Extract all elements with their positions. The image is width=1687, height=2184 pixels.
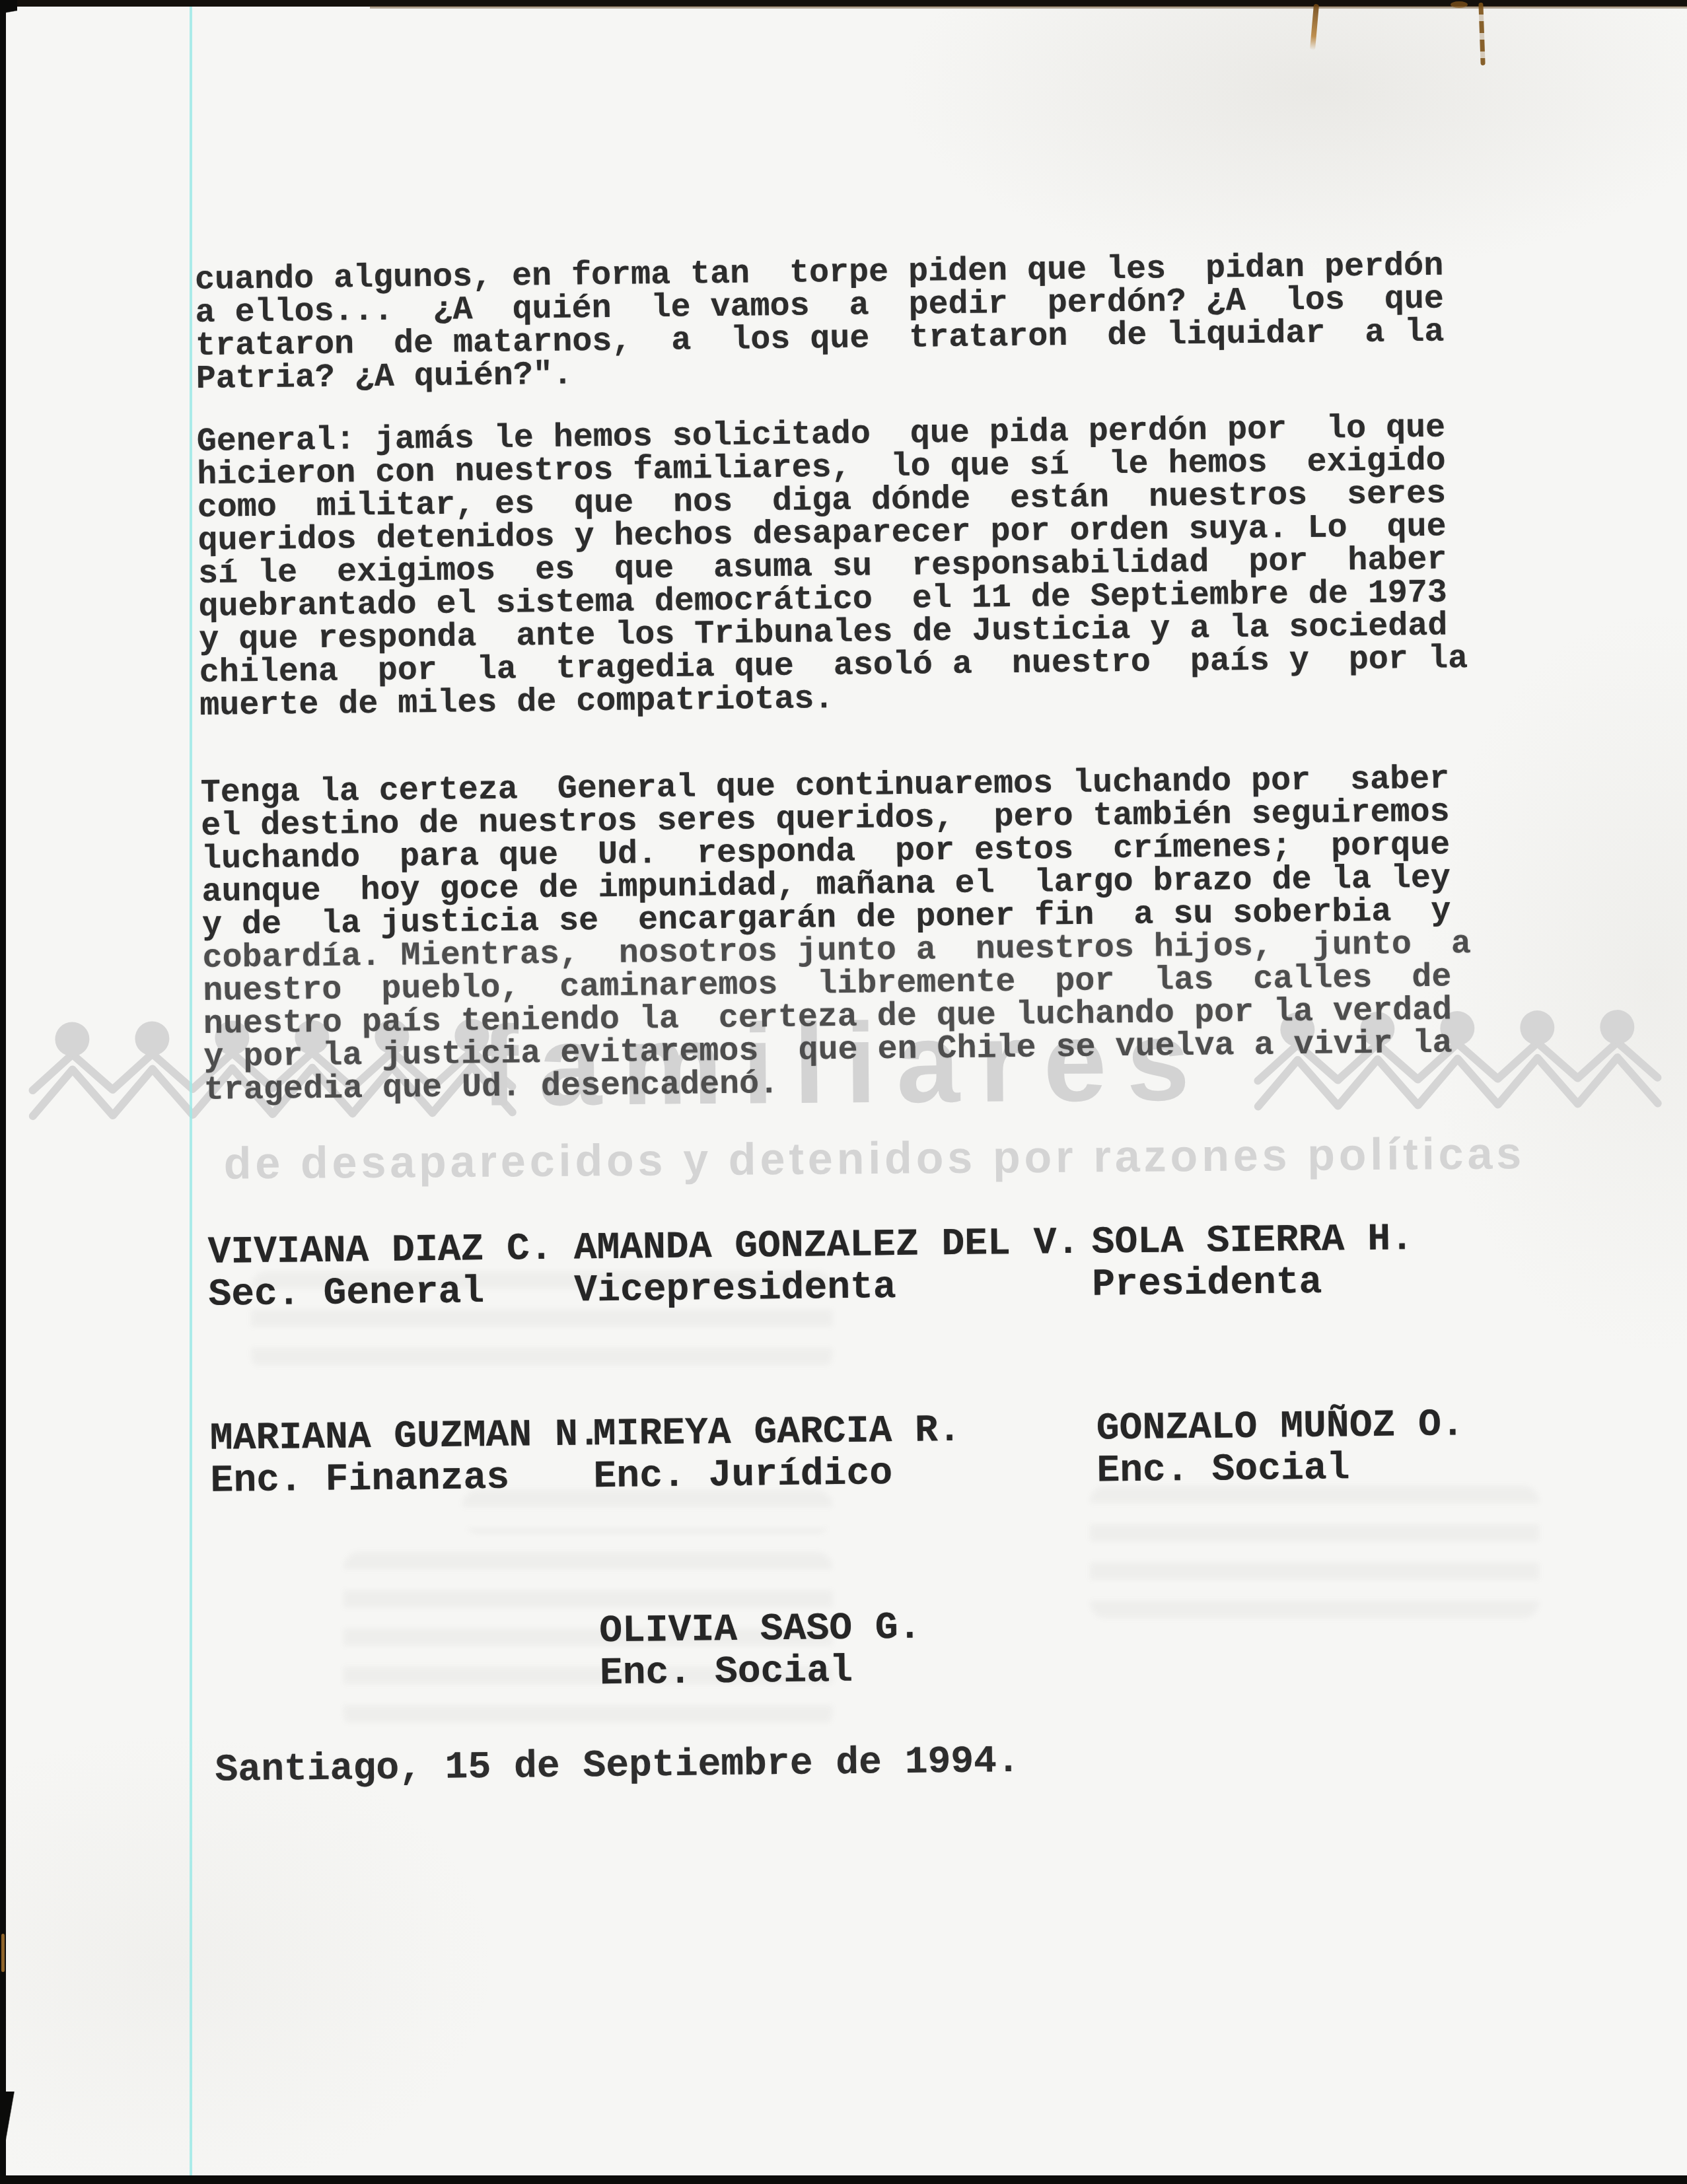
signature-block: GONZALO MUÑOZ O. Enc. Social xyxy=(1096,1404,1465,1493)
signature-name: VIVIANA DIAZ C. xyxy=(207,1228,553,1275)
signature-block: AMANDA GONZALEZ DEL V. Vicepresidenta xyxy=(573,1222,1080,1313)
signature-role: Enc. Social xyxy=(600,1650,922,1696)
signature-name: OLIVIA SASO G. xyxy=(599,1607,921,1654)
signature-block: MARIANA GUZMAN N. Enc. Finanzas xyxy=(210,1414,602,1503)
signature-role: Enc. Jurídico xyxy=(593,1452,962,1498)
paragraph-2: General: jamás le hemos solicitado que p… xyxy=(197,411,1468,723)
signature-name: AMANDA GONZALEZ DEL V. xyxy=(573,1222,1079,1271)
signature-name: MIREYA GARCIA R. xyxy=(593,1410,962,1456)
scan-edge-bottom xyxy=(0,2175,1687,2184)
typed-text-layer: cuando algunos, en forma tan torpe piden… xyxy=(0,0,1687,2184)
scan-edge-left xyxy=(0,0,6,2184)
signature-role: Enc. Social xyxy=(1096,1446,1465,1493)
scan-corner-wedge xyxy=(0,0,17,26)
signature-block: OLIVIA SASO G. Enc. Social xyxy=(599,1607,922,1696)
paragraph-1: cuando algunos, en forma tan torpe piden… xyxy=(195,250,1445,396)
scan-corner-wedge xyxy=(0,2092,34,2177)
signature-role: Sec. General xyxy=(208,1271,554,1317)
date-line: Santiago, 15 de Septiembre de 1994. xyxy=(215,1741,1020,1792)
signature-block: MIREYA GARCIA R. Enc. Jurídico xyxy=(593,1410,962,1498)
scan-edge-top-shadow xyxy=(370,6,1687,9)
notebook-margin-line xyxy=(190,0,192,2184)
signature-name: MARIANA GUZMAN N. xyxy=(210,1414,601,1461)
scanned-letter-page: familiares de desaparecidos y detenidos … xyxy=(0,0,1687,2184)
paragraph-3: Tenga la certeza General que continuarem… xyxy=(201,763,1473,1108)
signature-name: GONZALO MUÑOZ O. xyxy=(1096,1404,1465,1450)
signature-name: SOLA SIERRA H. xyxy=(1091,1218,1414,1265)
signature-role: Presidenta xyxy=(1092,1261,1414,1307)
rust-stain xyxy=(1451,1,1468,8)
signature-block: SOLA SIERRA H. Presidenta xyxy=(1091,1218,1414,1307)
rust-stain xyxy=(1,1934,5,1972)
signature-role: Enc. Finanzas xyxy=(210,1456,601,1503)
signature-block: VIVIANA DIAZ C. Sec. General xyxy=(207,1228,554,1317)
signature-role: Vicepresidenta xyxy=(574,1265,1080,1313)
